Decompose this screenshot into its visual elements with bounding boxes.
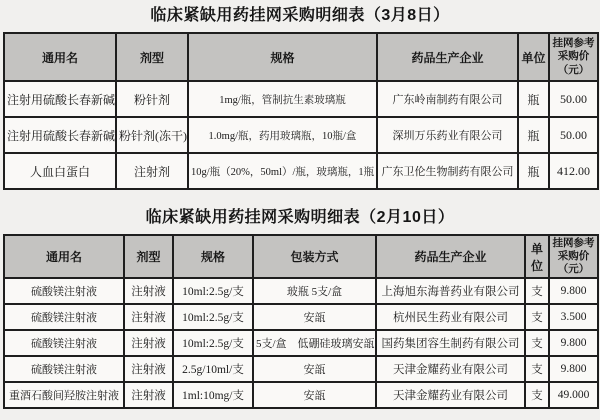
cell-packaging: 安瓿 (253, 304, 376, 330)
table-row: 硫酸镁注射液 注射液 10ml:2.5g/支 玻瓶 5支/盒 上海旭东海普药业有… (4, 278, 598, 304)
table1-header-unit: 单位 (518, 33, 549, 81)
cell-unit: 支 (525, 278, 549, 304)
cell-unit: 支 (525, 304, 549, 330)
table2-header-manufacturer: 药品生产企业 (376, 235, 525, 278)
table2-header-unit: 单位 (525, 235, 549, 278)
cell-price: 49.000 (549, 382, 598, 408)
cell-generic-name: 硫酸镁注射液 (4, 356, 124, 382)
cell-unit: 支 (525, 330, 549, 356)
cell-specification: 10ml:2.5g/支 (173, 304, 253, 330)
cell-specification: 1mg/瓶，管制抗生素玻璃瓶 (188, 81, 377, 117)
cell-specification: 2.5g/10ml/支 (173, 356, 253, 382)
table2-title: 临床紧缺用药挂网采购明细表（2月10日） (3, 207, 597, 229)
cell-unit: 瓶 (518, 117, 549, 153)
cell-manufacturer: 天津金耀药业有限公司 (376, 382, 525, 408)
cell-manufacturer: 广东岭南制药有限公司 (377, 81, 518, 117)
cell-dosage-form: 粉针剂(冻干) (116, 117, 188, 153)
cell-unit: 支 (525, 382, 549, 408)
table2-header-specification: 规格 (173, 235, 253, 278)
cell-price: 50.00 (549, 81, 598, 117)
cell-dosage-form: 注射液 (124, 356, 173, 382)
table-row: 重酒石酸间羟胺注射液 注射液 1ml:10mg/支 安瓿 天津金耀药业有限公司 … (4, 382, 598, 408)
cell-manufacturer: 天津金耀药业有限公司 (376, 356, 525, 382)
cell-dosage-form: 注射液 (124, 382, 173, 408)
procurement-table-march8: 通用名 剂型 规格 药品生产企业 单位 挂网参考采购价（元） 注射用硫酸长春新碱… (3, 32, 599, 190)
table1-title: 临床紧缺用药挂网采购明细表（3月8日） (3, 5, 597, 27)
cell-generic-name: 硫酸镁注射液 (4, 330, 124, 356)
table1-header-row: 通用名 剂型 规格 药品生产企业 单位 挂网参考采购价（元） (4, 33, 598, 81)
table1-header-generic-name: 通用名 (4, 33, 116, 81)
table2-header-generic-name: 通用名 (4, 235, 124, 278)
procurement-table-feb10: 通用名 剂型 规格 包装方式 药品生产企业 单位 挂网参考采购价（元） 硫酸镁注… (3, 234, 599, 409)
cell-specification: 10ml:2.5g/支 (173, 330, 253, 356)
cell-generic-name: 注射用硫酸长春新碱 (4, 81, 116, 117)
document-page: 临床紧缺用药挂网采购明细表（3月8日） 通用名 剂型 规格 药品生产企业 单位 … (0, 0, 600, 409)
cell-price: 9.800 (549, 278, 598, 304)
cell-specification: 10ml:2.5g/支 (173, 278, 253, 304)
cell-dosage-form: 注射剂 (116, 153, 188, 189)
table2-header-reference-price: 挂网参考采购价（元） (549, 235, 598, 278)
cell-price: 50.00 (549, 117, 598, 153)
cell-packaging: 5支/盒 低硼硅玻璃安瓿 (253, 330, 376, 356)
cell-generic-name: 重酒石酸间羟胺注射液 (4, 382, 124, 408)
cell-specification: 10g/瓶（20%，50ml）/瓶，玻璃瓶，1瓶 (188, 153, 377, 189)
cell-packaging: 玻瓶 5支/盒 (253, 278, 376, 304)
cell-generic-name: 人血白蛋白 (4, 153, 116, 189)
table1-header-manufacturer: 药品生产企业 (377, 33, 518, 81)
table1-header-reference-price: 挂网参考采购价（元） (549, 33, 598, 81)
cell-manufacturer: 国药集团容生制药有限公司 (376, 330, 525, 356)
cell-dosage-form: 注射液 (124, 330, 173, 356)
table-row: 注射用硫酸长春新碱 粉针剂 1mg/瓶，管制抗生素玻璃瓶 广东岭南制药有限公司 … (4, 81, 598, 117)
table-row: 硫酸镁注射液 注射液 10ml:2.5g/支 安瓿 杭州民生药业有限公司 支 3… (4, 304, 598, 330)
cell-unit: 支 (525, 356, 549, 382)
cell-manufacturer: 杭州民生药业有限公司 (376, 304, 525, 330)
cell-generic-name: 注射用硫酸长春新碱 (4, 117, 116, 153)
cell-specification: 1.0mg/瓶，药用玻璃瓶，10瓶/盒 (188, 117, 377, 153)
cell-specification: 1ml:10mg/支 (173, 382, 253, 408)
cell-generic-name: 硫酸镁注射液 (4, 278, 124, 304)
cell-manufacturer: 广东卫伦生物制药有限公司 (377, 153, 518, 189)
cell-generic-name: 硫酸镁注射液 (4, 304, 124, 330)
table2-header-row: 通用名 剂型 规格 包装方式 药品生产企业 单位 挂网参考采购价（元） (4, 235, 598, 278)
table-row: 硫酸镁注射液 注射液 10ml:2.5g/支 5支/盒 低硼硅玻璃安瓿 国药集团… (4, 330, 598, 356)
cell-price: 9.800 (549, 330, 598, 356)
cell-dosage-form: 注射液 (124, 304, 173, 330)
cell-unit: 瓶 (518, 153, 549, 189)
cell-price: 3.500 (549, 304, 598, 330)
cell-unit: 瓶 (518, 81, 549, 117)
cell-manufacturer: 上海旭东海普药业有限公司 (376, 278, 525, 304)
cell-manufacturer: 深圳万乐药业有限公司 (377, 117, 518, 153)
table-row: 硫酸镁注射液 注射液 2.5g/10ml/支 安瓿 天津金耀药业有限公司 支 9… (4, 356, 598, 382)
cell-dosage-form: 粉针剂 (116, 81, 188, 117)
cell-price: 9.800 (549, 356, 598, 382)
table2-header-dosage-form: 剂型 (124, 235, 173, 278)
cell-packaging: 安瓿 (253, 382, 376, 408)
cell-price: 412.00 (549, 153, 598, 189)
cell-packaging: 安瓿 (253, 356, 376, 382)
table-row: 注射用硫酸长春新碱 粉针剂(冻干) 1.0mg/瓶，药用玻璃瓶，10瓶/盒 深圳… (4, 117, 598, 153)
table1-header-dosage-form: 剂型 (116, 33, 188, 81)
table2-header-packaging: 包装方式 (253, 235, 376, 278)
table-row: 人血白蛋白 注射剂 10g/瓶（20%，50ml）/瓶，玻璃瓶，1瓶 广东卫伦生… (4, 153, 598, 189)
table1-header-specification: 规格 (188, 33, 377, 81)
cell-dosage-form: 注射液 (124, 278, 173, 304)
